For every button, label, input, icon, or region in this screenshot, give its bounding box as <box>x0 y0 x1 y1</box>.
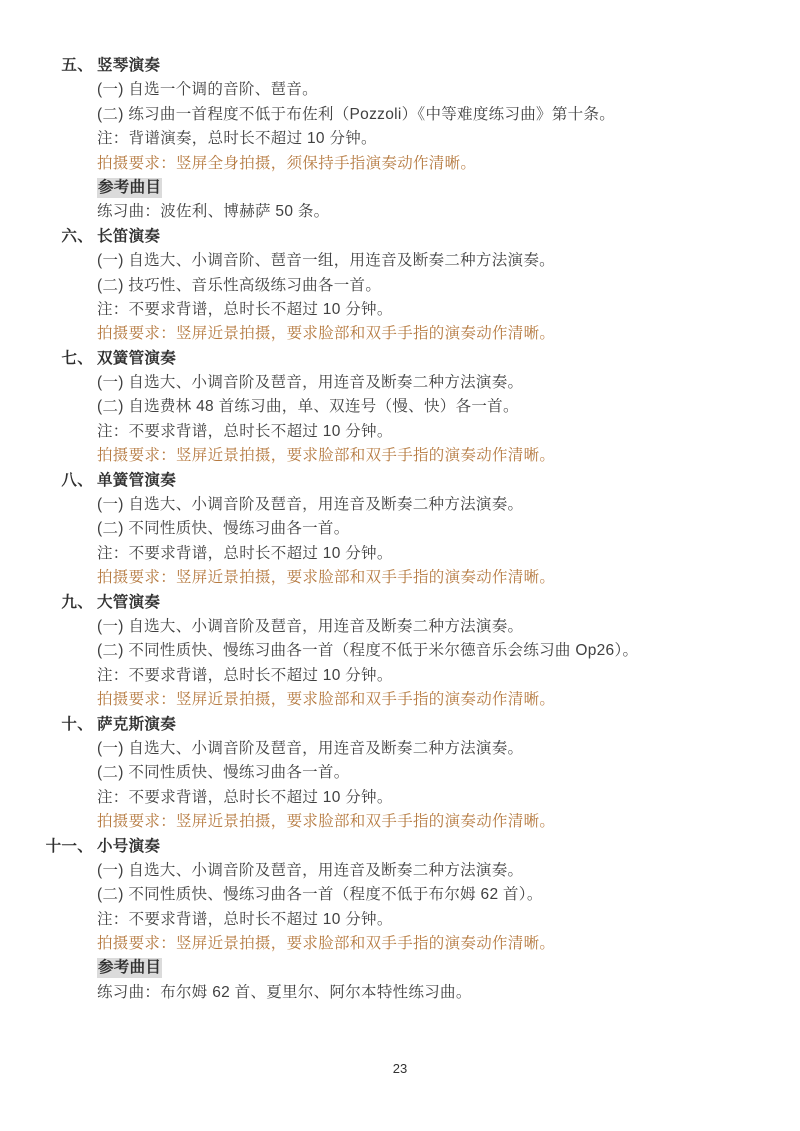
section-number: 五、 <box>61 54 97 78</box>
shooting-requirement-line: 拍摄要求：竖屏近景拍摄，要求脸部和双手手指的演奏动作清晰。 <box>97 566 764 590</box>
section-number: 六、 <box>61 225 97 249</box>
section-harp: 五、 竖琴演奏 (一) 自选一个调的音阶、琶音。 (二) 练习曲一首程度不低于布… <box>97 54 764 225</box>
section-heading: 六、 长笛演奏 <box>97 225 764 249</box>
requirement-item-1: (一) 自选大、小调音阶、琶音一组，用连音及断奏二种方法演奏。 <box>97 249 764 273</box>
section-oboe: 七、 双簧管演奏 (一) 自选大、小调音阶及琶音，用连音及断奏二种方法演奏。 (… <box>97 347 764 469</box>
note-line: 注：背谱演奏，总时长不超过 10 分钟。 <box>97 127 764 151</box>
requirement-item-1: (一) 自选大、小调音阶及琶音，用连音及断奏二种方法演奏。 <box>97 859 764 883</box>
note-line: 注：不要求背谱，总时长不超过 10 分钟。 <box>97 908 764 932</box>
requirement-item-1: (一) 自选大、小调音阶及琶音，用连音及断奏二种方法演奏。 <box>97 615 764 639</box>
section-trumpet: 十一、 小号演奏 (一) 自选大、小调音阶及琶音，用连音及断奏二种方法演奏。 (… <box>97 835 764 1006</box>
section-title: 长笛演奏 <box>97 228 160 245</box>
requirement-item-2: (二) 技巧性、音乐性高级练习曲各一首。 <box>97 274 764 298</box>
section-number: 十一、 <box>46 835 97 859</box>
section-number: 八、 <box>61 469 97 493</box>
section-title: 竖琴演奏 <box>97 57 160 74</box>
section-title: 小号演奏 <box>97 838 160 855</box>
requirement-item-2: (二) 不同性质快、慢练习曲各一首。 <box>97 517 764 541</box>
section-heading: 七、 双簧管演奏 <box>97 347 764 371</box>
section-heading: 五、 竖琴演奏 <box>97 54 764 78</box>
section-heading: 八、 单簧管演奏 <box>97 469 764 493</box>
shooting-requirement-line: 拍摄要求：竖屏近景拍摄，要求脸部和双手手指的演奏动作清晰。 <box>97 688 764 712</box>
note-line: 注：不要求背谱，总时长不超过 10 分钟。 <box>97 420 764 444</box>
note-line: 注：不要求背谱，总时长不超过 10 分钟。 <box>97 542 764 566</box>
note-line: 注：不要求背谱，总时长不超过 10 分钟。 <box>97 786 764 810</box>
shooting-requirement-line: 拍摄要求：竖屏近景拍摄，要求脸部和双手手指的演奏动作清晰。 <box>97 322 764 346</box>
shooting-requirement-line: 拍摄要求：竖屏近景拍摄，要求脸部和双手手指的演奏动作清晰。 <box>97 444 764 468</box>
section-flute: 六、 长笛演奏 (一) 自选大、小调音阶、琶音一组，用连音及断奏二种方法演奏。 … <box>97 225 764 347</box>
shooting-requirement-line: 拍摄要求：竖屏近景拍摄，要求脸部和双手手指的演奏动作清晰。 <box>97 810 764 834</box>
section-bassoon: 九、 大管演奏 (一) 自选大、小调音阶及琶音，用连音及断奏二种方法演奏。 (二… <box>97 591 764 713</box>
section-number: 十、 <box>61 713 97 737</box>
section-heading: 九、 大管演奏 <box>97 591 764 615</box>
shooting-requirement-line: 拍摄要求：竖屏近景拍摄，要求脸部和双手手指的演奏动作清晰。 <box>97 932 764 956</box>
requirement-item-2: (二) 不同性质快、慢练习曲各一首（程度不低于米尔德音乐会练习曲 Op26）。 <box>97 639 764 663</box>
note-line: 注：不要求背谱，总时长不超过 10 分钟。 <box>97 298 764 322</box>
requirement-item-2: (二) 练习曲一首程度不低于布佐利（Pozzoli）《中等难度练习曲》第十条。 <box>97 103 764 127</box>
document-page: 五、 竖琴演奏 (一) 自选一个调的音阶、琶音。 (二) 练习曲一首程度不低于布… <box>0 0 800 1131</box>
note-line: 注：不要求背谱，总时长不超过 10 分钟。 <box>97 664 764 688</box>
section-title: 萨克斯演奏 <box>97 716 176 733</box>
reference-title: 参考曲目 <box>97 178 162 198</box>
section-clarinet: 八、 单簧管演奏 (一) 自选大、小调音阶及琶音，用连音及断奏二种方法演奏。 (… <box>97 469 764 591</box>
section-number: 七、 <box>61 347 97 371</box>
page-content: 五、 竖琴演奏 (一) 自选一个调的音阶、琶音。 (二) 练习曲一首程度不低于布… <box>97 54 764 1005</box>
section-heading: 十一、 小号演奏 <box>97 835 764 859</box>
requirement-item-2: (二) 不同性质快、慢练习曲各一首（程度不低于布尔姆 62 首）。 <box>97 883 764 907</box>
reference-line: 练习曲：波佐利、博赫萨 50 条。 <box>97 200 764 224</box>
reference-line: 练习曲：布尔姆 62 首、夏里尔、阿尔本特性练习曲。 <box>97 981 764 1005</box>
reference-title-line: 参考曲目 <box>97 956 764 980</box>
requirement-item-2: (二) 不同性质快、慢练习曲各一首。 <box>97 761 764 785</box>
requirement-item-1: (一) 自选大、小调音阶及琶音，用连音及断奏二种方法演奏。 <box>97 371 764 395</box>
requirement-item-1: (一) 自选大、小调音阶及琶音，用连音及断奏二种方法演奏。 <box>97 493 764 517</box>
section-title: 大管演奏 <box>97 594 160 611</box>
reference-title: 参考曲目 <box>97 958 162 978</box>
section-heading: 十、 萨克斯演奏 <box>97 713 764 737</box>
requirement-item-1: (一) 自选大、小调音阶及琶音，用连音及断奏二种方法演奏。 <box>97 737 764 761</box>
requirement-item-2: (二) 自选费林 48 首练习曲，单、双连号（慢、快）各一首。 <box>97 395 764 419</box>
section-number: 九、 <box>61 591 97 615</box>
reference-title-line: 参考曲目 <box>97 176 764 200</box>
requirement-item-1: (一) 自选一个调的音阶、琶音。 <box>97 78 764 102</box>
page-number: 23 <box>0 1061 800 1076</box>
section-saxophone: 十、 萨克斯演奏 (一) 自选大、小调音阶及琶音，用连音及断奏二种方法演奏。 (… <box>97 713 764 835</box>
section-title: 单簧管演奏 <box>97 472 176 489</box>
shooting-requirement-line: 拍摄要求：竖屏全身拍摄，须保持手指演奏动作清晰。 <box>97 152 764 176</box>
section-title: 双簧管演奏 <box>97 350 176 367</box>
